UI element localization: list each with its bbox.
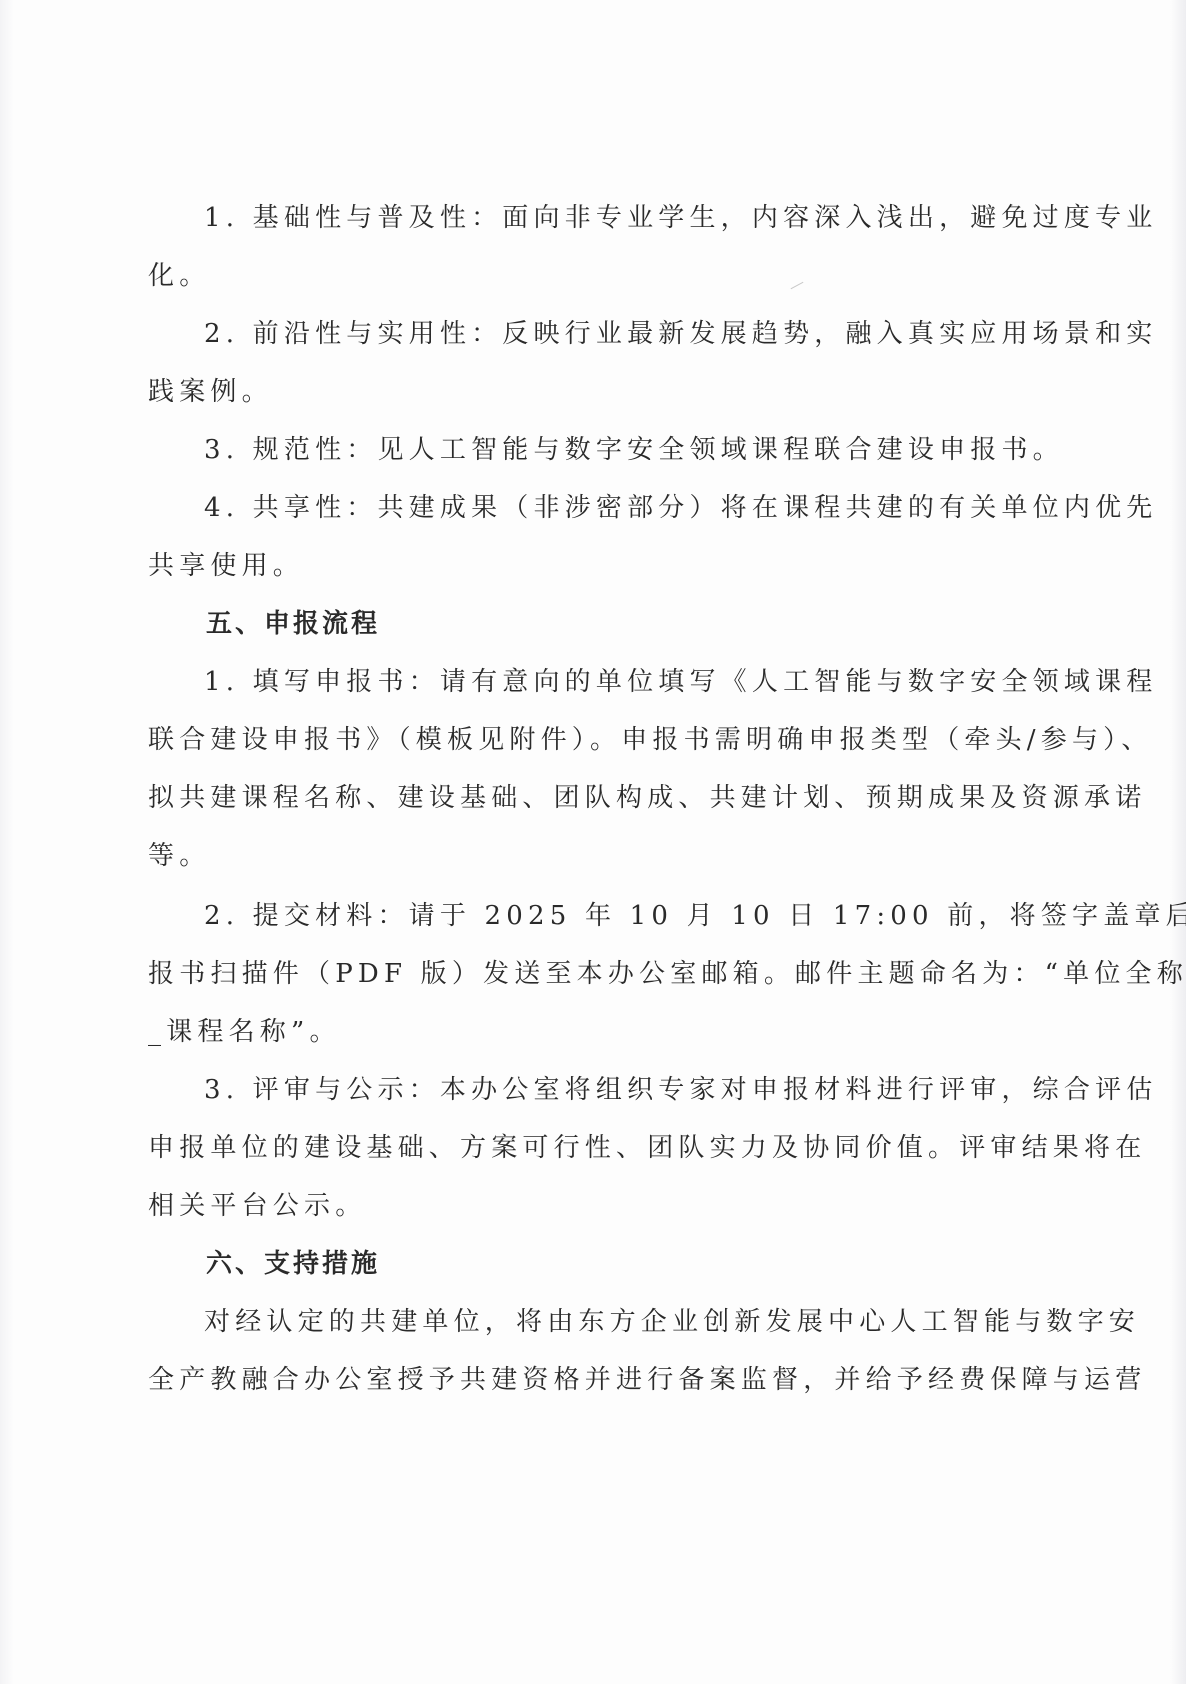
- process-3-line-3: 相关平台公示。: [148, 1188, 366, 1224]
- section-5-heading: 五、申报流程: [206, 606, 380, 642]
- criterion-1-line-1: 1. 基础性与普及性：面向非专业学生，内容深入浅出，避免过度专业: [204, 200, 1157, 236]
- criterion-2-line-1: 2. 前沿性与实用性：反映行业最新发展趋势，融入真实应用场景和实: [204, 316, 1157, 352]
- process-2-line-2: 报书扫描件（PDF 版）发送至本办公室邮箱。邮件主题命名为：“单位全称: [148, 956, 1186, 992]
- scanned-page: 1. 基础性与普及性：面向非专业学生，内容深入浅出，避免过度专业 化。 2. 前…: [0, 0, 1186, 1684]
- criterion-4-line-1: 4. 共享性：共建成果（非涉密部分）将在课程共建的有关单位内优先: [204, 490, 1157, 526]
- criterion-3-line-1: 3. 规范性：见人工智能与数字安全领域课程联合建设申报书。: [204, 432, 1064, 468]
- process-3-line-1: 3. 评审与公示：本办公室将组织专家对申报材料进行评审，综合评估: [204, 1072, 1157, 1108]
- support-line-1: 对经认定的共建单位，将由东方企业创新发展中心人工智能与数字安: [204, 1304, 1140, 1340]
- process-1-line-4: 等。: [148, 838, 210, 874]
- process-1-line-2: 联合建设申报书》（模板见附件）。申报书需明确申报类型（牵头/参与）、: [148, 722, 1153, 758]
- section-6-heading: 六、支持措施: [206, 1246, 380, 1282]
- process-3-line-2: 申报单位的建设基础、方案可行性、团队实力及协同价值。评审结果将在: [148, 1130, 1146, 1166]
- process-1-line-3: 拟共建课程名称、建设基础、团队构成、共建计划、预期成果及资源承诺: [148, 780, 1146, 816]
- scan-artifact: [791, 282, 804, 289]
- criterion-4-line-2: 共享使用。: [148, 548, 304, 584]
- criterion-1-line-2: 化。: [148, 258, 210, 294]
- support-line-2: 全产教融合办公室授予共建资格并进行备案监督，并给予经费保障与运营: [148, 1362, 1146, 1398]
- process-1-line-1: 1. 填写申报书：请有意向的单位填写《人工智能与数字安全领域课程: [204, 664, 1157, 700]
- process-2-line-3: _课程名称”。: [148, 1014, 341, 1050]
- criterion-2-line-2: 践案例。: [148, 374, 273, 410]
- process-2-line-1: 2. 提交材料：请于 2025 年 10 月 10 日 17:00 前，将签字盖…: [204, 898, 1186, 934]
